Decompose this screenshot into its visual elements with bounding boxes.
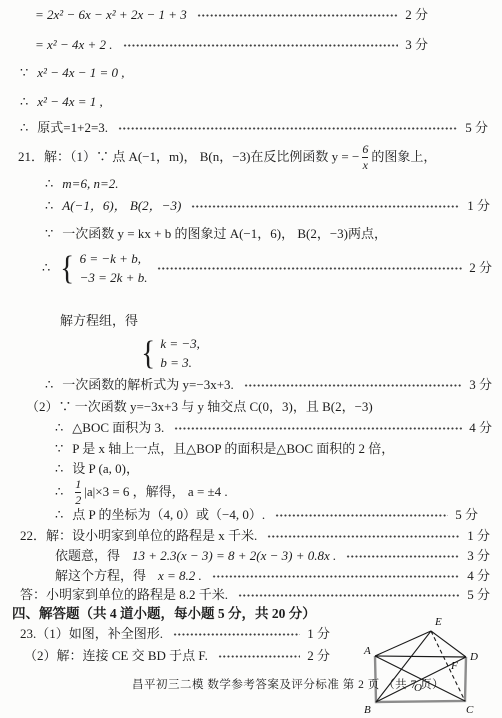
answer-line-equation-system: ∴ { 6 = −k + b, −3 = 2k + b. 2 分 <box>42 252 492 286</box>
page-footer: 昌平初三二模 数学参考答案及评分标准 第 2 页 （共 7 页） <box>132 676 444 692</box>
answer-line-21-intro: 21．解：（1）∵ 点 A(−1，m)， B(n，−3)在反比例函数 y = −… <box>18 143 436 171</box>
statement: 22．解：设小明家到单位的路程是 x 千米. <box>20 529 257 544</box>
score-badge: 4 分 <box>467 569 490 584</box>
fraction-numerator: 6 <box>362 143 368 155</box>
answer-line-set-p: ∴ 设 P (a, 0)， <box>55 462 139 477</box>
system-equation-1: k = −3, <box>160 337 200 352</box>
dotted-leader <box>267 535 460 538</box>
system-equation-2: b = 3. <box>160 356 200 371</box>
statement: （2）解：连接 CE 交 BD 于点 F. <box>24 649 208 664</box>
statement: 的图象上， <box>371 150 436 165</box>
statement: P 是 x 轴上一点，且△BOP 的面积是△BOC 面积的 2 倍， <box>72 442 394 457</box>
therefore-symbol: ∴ <box>55 485 63 500</box>
dotted-leader <box>218 655 300 658</box>
score-badge: 4 分 <box>469 421 492 436</box>
score-badge: 3 分 <box>405 38 428 53</box>
fraction-denominator: x <box>363 159 368 171</box>
statement: 23.（1）如图，补全图形. <box>20 627 163 642</box>
equation: x² − 4x = 1 , <box>37 95 102 110</box>
system-equation-2: −3 = 2k + b. <box>80 271 148 286</box>
answer-line-23-part1: 23.（1）如图，补全图形. 1 分 <box>20 627 330 642</box>
dotted-leader <box>173 633 300 636</box>
dotted-leader <box>346 555 460 558</box>
answer-line-points-ab: ∴ A(−1，6)， B(2，−3) 1 分 <box>45 199 490 214</box>
dotted-leader <box>123 44 399 47</box>
therefore-symbol: ∴ <box>20 95 28 110</box>
because-symbol: ∵ <box>55 442 63 457</box>
segment-ea <box>375 631 431 656</box>
answer-line-system-solution: { k = −3, b = 3. <box>140 337 200 371</box>
therefore-symbol: ∴ <box>55 421 63 436</box>
footer-text: 昌平初三二模 数学参考答案及评分标准 第 2 页 （共 7 页） <box>132 679 444 691</box>
fraction-1-over-2: 1 2 <box>75 478 81 506</box>
dotted-leader <box>174 427 462 430</box>
vertex-label-e: E <box>434 616 442 628</box>
left-brace: { <box>141 339 155 370</box>
equation: 13 + 2.3(x − 3) = 8 + 2(x − 3) + 0.8x . <box>132 549 336 564</box>
equation: = 2x² − 6x − x² + 2x − 1 + 3 <box>35 8 187 23</box>
answer-line-given: ∵ x² − 4x − 1 = 0 , <box>20 66 125 81</box>
answer-line-boc-area: ∴ △BOC 面积为 3. 4 分 <box>55 421 492 436</box>
answer-line-22-equation: 依题意，得 13 + 2.3(x − 3) = 8 + 2(x − 3) + 0… <box>55 549 490 564</box>
system-equation-1: 6 = −k + b, <box>80 252 148 267</box>
answer-line-p-condition: ∵ P 是 x 轴上一点，且△BOP 的面积是△BOC 面积的 2 倍， <box>55 442 394 457</box>
fraction-6-over-x: 6 x <box>362 143 368 171</box>
fraction-numerator: 1 <box>75 478 81 490</box>
score-badge: 2 分 <box>307 649 330 664</box>
equation: 原式=1+2=3. <box>37 121 108 136</box>
answer-line-linear-through: ∵ 一次函数 y = kx + b 的图象过 A(−1，6)， B(2，−3)两… <box>45 227 387 242</box>
because-symbol: ∵ <box>45 227 53 242</box>
answer-line-linear-result: ∴ 一次函数的解析式为 y=−3x+3. 3 分 <box>45 378 492 393</box>
therefore-symbol: ∴ <box>45 378 53 393</box>
therefore-symbol: ∴ <box>45 177 53 192</box>
answer-line-part2-intro: （2）∵ 一次函数 y=−3x+3 与 y 轴交点 C(0，3)，且 B(2，−… <box>26 400 373 415</box>
score-badge: 3 分 <box>467 549 490 564</box>
segment-ed <box>431 631 466 657</box>
left-brace: { <box>61 254 75 285</box>
dotted-leader <box>118 127 458 130</box>
answer-line-half-a: ∴ 1 2 |a|×3 = 6 ，解得， a = ±4 . <box>55 478 228 506</box>
statement: 答：小明家到单位的路程是 8.2 千米. <box>20 588 228 603</box>
dotted-leader <box>157 267 462 270</box>
answer-line-expand-1: = 2x² − 6x − x² + 2x − 1 + 3 2 分 <box>35 8 428 23</box>
dotted-leader <box>212 575 460 578</box>
answer-line-solve-system: 解方程组，得 <box>60 314 138 329</box>
statement: 解这个方程，得 <box>55 569 146 584</box>
statement: 解方程组，得 <box>60 314 138 329</box>
equation-system: { 6 = −k + b, −3 = 2k + b. <box>59 252 147 286</box>
because-symbol: ∵ <box>20 66 28 81</box>
answer-line-expand-2: = x² − 4x + 2 . 3 分 <box>35 38 428 53</box>
vertex-label-b: B <box>364 704 371 716</box>
answer-sheet-page: { "doc": { "l01": {"eq": "= 2x² − 6x − x… <box>0 0 502 718</box>
statement: 一次函数 y = kx + b 的图象过 A(−1，6)， B(2，−3)两点， <box>62 227 387 242</box>
edge-ad <box>375 656 466 657</box>
fraction-denominator: 2 <box>75 494 81 506</box>
statement: 21．解：（1）∵ 点 A(−1，m)， B(n，−3)在反比例函数 y = − <box>18 150 359 165</box>
therefore-symbol: ∴ <box>20 121 28 136</box>
vertex-label-a: A <box>363 645 371 657</box>
score-badge: 1 分 <box>467 529 490 544</box>
therefore-symbol: ∴ <box>55 508 63 523</box>
vertex-label-c: C <box>466 704 474 716</box>
answer-line-22-intro: 22．解：设小明家到单位的路程是 x 千米. 1 分 <box>20 529 490 544</box>
score-badge: 5 分 <box>455 508 478 523</box>
equation: x = 8.2 . <box>158 569 202 584</box>
equation: x² − 4x − 1 = 0 , <box>37 66 124 81</box>
statement: 依题意，得 <box>55 549 120 564</box>
section-heading: 四、解答题（共 4 道小题，每小题 5 分，共 20 分） <box>12 606 316 622</box>
answer-line-result: ∴ 原式=1+2=3. 5 分 <box>20 121 488 136</box>
answer-line-p-coords: ∴ 点 P 的坐标为（4, 0）或（−4, 0）. 5 分 <box>55 508 478 523</box>
statement: 设 P (a, 0)， <box>72 462 139 477</box>
equation-system: { k = −3, b = 3. <box>140 337 200 371</box>
score-badge: 3 分 <box>469 378 492 393</box>
point-label-f: F <box>450 660 458 672</box>
section-title: 四、解答题（共 4 道小题，每小题 5 分，共 20 分） <box>12 606 316 622</box>
score-badge: 2 分 <box>405 8 428 23</box>
answer-line-therefore: ∴ x² − 4x = 1 , <box>20 95 103 110</box>
answer-line-23-part2: （2）解：连接 CE 交 BD 于点 F. 2 分 <box>24 649 330 664</box>
dotted-leader <box>275 514 448 517</box>
answer-line-22-solve: 解这个方程，得 x = 8.2 . 4 分 <box>55 569 490 584</box>
vertex-label-d: D <box>469 651 478 663</box>
statement: △BOC 面积为 3. <box>72 421 164 436</box>
dotted-leader <box>244 384 462 387</box>
equation: A(−1，6)， B(2，−3) <box>62 199 181 214</box>
statement: 一次函数的解析式为 y=−3x+3. <box>62 378 234 393</box>
therefore-symbol: ∴ <box>55 462 63 477</box>
geometry-figure: E A D B C O F <box>363 601 502 718</box>
statement: （2）∵ 一次函数 y=−3x+3 与 y 轴交点 C(0，3)，且 B(2，−… <box>26 400 373 415</box>
score-badge: 1 分 <box>307 627 330 642</box>
score-badge: 1 分 <box>467 199 490 214</box>
dotted-leader <box>197 14 398 17</box>
score-badge: 2 分 <box>469 261 492 276</box>
statement: 点 P 的坐标为（4, 0）或（−4, 0）. <box>72 508 265 523</box>
answer-line-mn-values: ∴ m=6, n=2. <box>45 177 118 192</box>
equation: |a|×3 = 6 ，解得， a = ±4 . <box>84 485 227 500</box>
dotted-leader <box>191 205 460 208</box>
equation: m=6, n=2. <box>62 177 118 192</box>
score-badge: 5 分 <box>465 121 488 136</box>
equation: = x² − 4x + 2 . <box>35 38 113 53</box>
therefore-symbol: ∴ <box>45 199 53 214</box>
therefore-symbol: ∴ <box>42 261 50 276</box>
dotted-leader <box>238 594 460 597</box>
